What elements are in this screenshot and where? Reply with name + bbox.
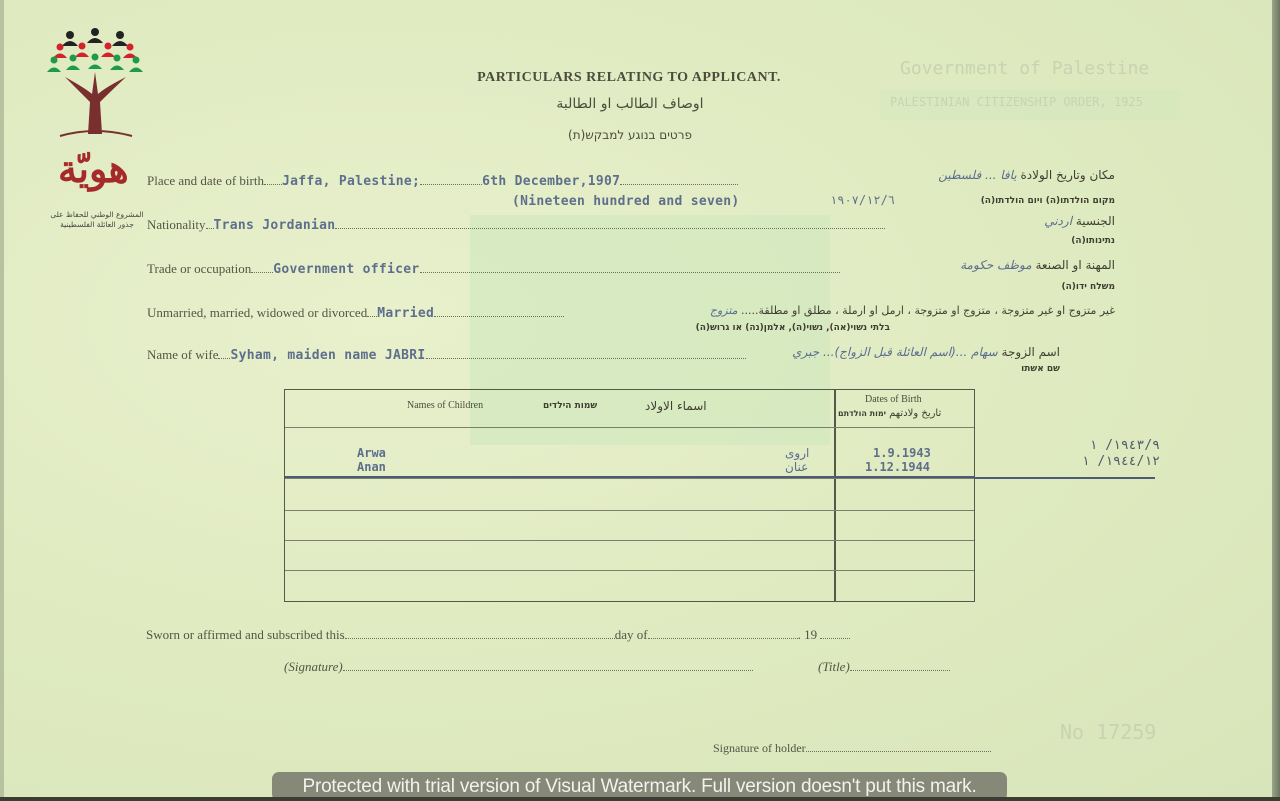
child-name: Arwa [357, 446, 386, 460]
holder-signature-label: Signature of holder [713, 741, 806, 755]
child-birth-date: 1.12.1944 [865, 460, 930, 474]
page-bottom-edge [0, 797, 1280, 801]
logo-subtitle: المشروع الوطني للحفاظ على جذور العائلة ا… [42, 210, 152, 230]
wife-label-arabic: اسم الزوجة سهام ...(اسم العائلة قبل الزو… [792, 345, 1060, 359]
dates-header-ar-text: تاريخ ولادتهم [889, 408, 941, 419]
marital-status-value: Married [377, 306, 434, 321]
marital-label-ar-text: غير متزوج او غير متزوجة ، متزوج او متزوج… [759, 304, 1115, 317]
page-title-arabic: اوصاف الطالب او الطالبة [0, 96, 1260, 112]
page-edge-right [1272, 0, 1280, 801]
occupation-field: Trade or occupationGovernment officer [147, 260, 840, 278]
birth-place-arabic-value: يافا ... فلسطين [938, 168, 1016, 182]
wife-label-hebrew: שם אשתו [1021, 364, 1060, 374]
nationality-label-ar-text: الجنسية [1076, 214, 1115, 228]
nationality-label-hebrew: נתינותו(ה) [1071, 236, 1115, 246]
children-dates-arabic: ١٩٤٣/٩/ ١ ١٩٤٤/١٢/ ١ [1030, 438, 1160, 470]
birth-place-value: Jaffa, Palestine; [282, 174, 420, 189]
marital-label-hebrew: בלתי נשוי(אה), נשוי(ה), אלמן(נה) או גרוש… [696, 323, 890, 333]
nationality-label: Nationality [147, 217, 206, 232]
birth-label-ar-text: مكان وتاريخ الولادة [1021, 168, 1116, 182]
table-header-divider [285, 427, 974, 428]
names-column-header-hebrew: שמות הילדים [543, 401, 597, 411]
logo-subtitle-line-2: جذور العائلة الفلسطينية [42, 220, 152, 230]
child-birth-date-arabic: ١٩٤٤/١٢/ ١ [1030, 454, 1160, 470]
table-row-divider [285, 540, 974, 541]
marital-status-field: Unmarried, married, widowed or divorcedM… [147, 304, 564, 322]
bleed-through-text: No 17259 [1060, 720, 1156, 744]
marital-label-arabic: غير متزوج او غير متزوجة ، متزوج او متزوج… [710, 304, 1115, 317]
children-table: Names of Children שמות הילדים اسماء الاو… [284, 389, 975, 602]
birth-field: Place and date of birthJaffa, Palestine;… [147, 172, 738, 190]
child-birth-date-arabic: ١٩٤٣/٩/ ١ [1030, 438, 1160, 454]
birth-label-hebrew: מקום הולדתו(ה) ויום הולדתו(ה) [981, 196, 1115, 206]
nationality-field: NationalityTrans Jordanian [147, 216, 885, 234]
birth-date-words: (Nineteen hundred and seven) [512, 194, 740, 209]
sworn-label: Sworn or affirmed and subscribed this [146, 627, 345, 642]
signature-line: (Signature) [284, 659, 753, 675]
child-name-arabic: اروى [785, 446, 809, 460]
dates-column-header: Dates of Birth [865, 394, 922, 405]
occupation-label-ar-text: المهنة او الصنعة [1035, 258, 1115, 272]
occupation-value: Government officer [273, 262, 419, 277]
signature-label: (Signature) [284, 659, 343, 674]
page-edge-left [0, 0, 4, 801]
table-extension-line [975, 477, 1155, 479]
names-column-header: Names of Children [407, 400, 483, 411]
table-row-divider [285, 570, 974, 571]
page-title-hebrew: פרטים בנוגע למבקש(ת) [0, 128, 1260, 142]
wife-name-label: Name of wife [147, 347, 218, 362]
occupation-label-hebrew: משלח ידו(ה) [1061, 282, 1115, 292]
title-line: (Title) [818, 659, 950, 675]
dates-column-header-arabic: تاريخ ولادتهم ימות הולדתם [838, 408, 941, 419]
table-row-divider [285, 510, 974, 511]
logo-title: هويّة [58, 146, 129, 191]
holder-signature-line: Signature of holder [713, 741, 991, 756]
wife-arabic-value: سهام ...(اسم العائلة قبل الزواج)... جبري [792, 345, 998, 359]
occupation-arabic-value: موظف حكومة [960, 258, 1032, 272]
year-prefix: 19 [804, 627, 817, 642]
birth-label-arabic: مكان وتاريخ الولادة يافا ... فلسطين [938, 168, 1115, 182]
nationality-value: Trans Jordanian [214, 218, 336, 233]
child-name: Anan [357, 460, 386, 474]
birth-label: Place and date of birth [147, 173, 264, 188]
page-title: PARTICULARS RELATING TO APPLICANT. [0, 70, 1258, 86]
marital-status-label: Unmarried, married, widowed or divorced [147, 305, 367, 320]
nationality-arabic-value: اردني [1044, 214, 1072, 228]
logo-subtitle-line-1: المشروع الوطني للحفاظ على [42, 210, 152, 220]
wife-name-value: Syham, maiden name JABRI [230, 348, 425, 363]
occupation-label: Trade or occupation [147, 261, 251, 276]
wife-name-field: Name of wifeSyham, maiden name JABRI [147, 346, 746, 364]
birth-date-value: 6th December,1907 [482, 174, 620, 189]
title-label: (Title) [818, 659, 850, 674]
nationality-label-arabic: الجنسية اردني [1044, 214, 1115, 228]
table-row-divider [285, 478, 974, 479]
marital-arabic-value: متزوج [710, 304, 738, 317]
sworn-line: Sworn or affirmed and subscribed thisday… [146, 627, 850, 643]
child-name-arabic: عنان [785, 460, 808, 474]
wife-label-ar-text: اسم الزوجة [1002, 345, 1060, 359]
day-of-label: day of [615, 627, 648, 642]
dates-header-he-text: ימות הולדתם [838, 409, 886, 418]
names-column-header-arabic: اسماء الاولاد [645, 399, 707, 413]
child-birth-date: 1.9.1943 [873, 446, 931, 460]
occupation-label-arabic: المهنة او الصنعة موظف حكومة [960, 258, 1115, 272]
birth-date-arabic-value: ١٩٠٧/١٢/٦ [830, 193, 895, 207]
